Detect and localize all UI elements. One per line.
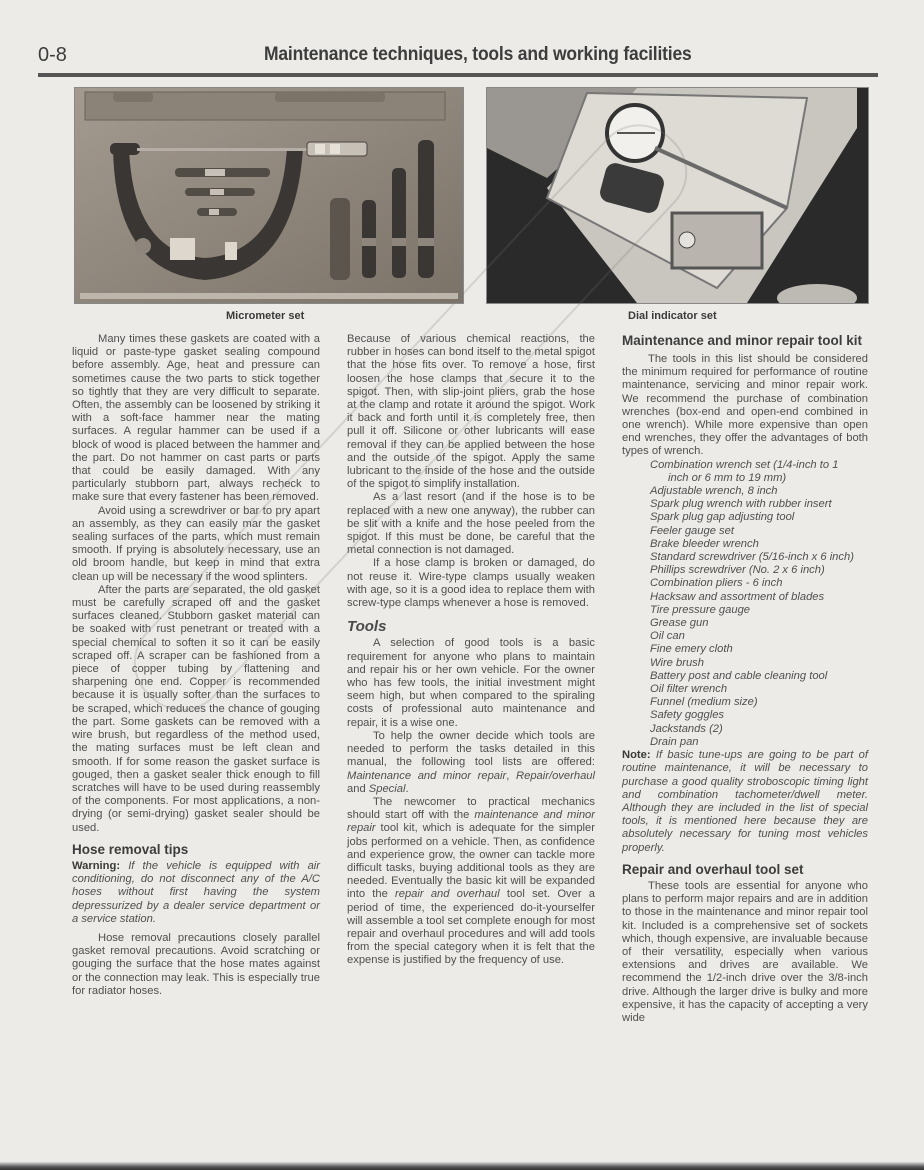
warning-label: Warning: <box>72 860 120 872</box>
paragraph: Hose removal precautions closely paralle… <box>72 932 320 998</box>
tool-list-item: Fine emery cloth <box>650 643 868 656</box>
tool-list-item: Hacksaw and assortment of blades <box>650 591 868 604</box>
text-run: . <box>405 783 408 795</box>
dial-indicator-set-photo <box>486 87 869 304</box>
tool-name-continued: inch or 6 mm to 19 mm) <box>650 472 868 485</box>
scan-edge-shadow <box>0 1162 924 1170</box>
italic-run: Maintenance and minor repair <box>347 770 506 782</box>
manual-page: 0-8 Maintenance techniques, tools and wo… <box>0 0 924 1170</box>
italic-run: repair and overhaul <box>395 888 500 900</box>
note-text: If basic tune-ups are going to be part o… <box>622 749 868 853</box>
text-run: To help the owner decide which tools are… <box>347 730 595 768</box>
tool-list-item: Drain pan <box>650 736 868 749</box>
tool-list-item: Feeler gauge set <box>650 525 868 538</box>
tool-list: Combination wrench set (1/4-inch to 1inc… <box>622 459 868 749</box>
text-run: and <box>347 783 369 795</box>
tool-list-item: Brake bleeder wrench <box>650 538 868 551</box>
paragraph: To help the owner decide which tools are… <box>347 730 595 796</box>
note-label: Note: <box>622 749 651 761</box>
paragraph: As a last resort (and if the hose is to … <box>347 491 595 557</box>
tool-list-item: Safety goggles <box>650 709 868 722</box>
heading-tools: Tools <box>347 620 595 633</box>
header-rule <box>38 73 878 77</box>
micrometer-set-photo <box>74 87 464 304</box>
paragraph: Many times these gaskets are coated with… <box>72 333 320 505</box>
italic-run: Special <box>369 783 406 795</box>
tool-list-item: Grease gun <box>650 617 868 630</box>
tool-list-item: Standard screwdriver (5/16-inch x 6 inch… <box>650 551 868 564</box>
italic-run: Repair/overhaul <box>516 770 595 782</box>
paragraph: If a hose clamp is broken or damaged, do… <box>347 557 595 610</box>
tool-list-item: Battery post and cable cleaning tool <box>650 670 868 683</box>
paragraph: These tools are essential for anyone who… <box>622 880 868 1025</box>
tool-list-item: Spark plug gap adjusting tool <box>650 511 868 524</box>
tool-name: Combination wrench set (1/4-inch to 1 <box>650 459 838 471</box>
tool-list-item: Wire brush <box>650 657 868 670</box>
note-paragraph: Note: If basic tune-ups are going to be … <box>622 749 868 855</box>
heading-hose-removal-tips: Hose removal tips <box>72 843 320 856</box>
text-column-1: Many times these gaskets are coated with… <box>72 333 320 998</box>
heading-maintenance-tool-kit: Maintenance and minor repair tool kit <box>622 333 868 349</box>
tool-list-item: Oil filter wrench <box>650 683 868 696</box>
heading-repair-overhaul-tool-set: Repair and overhaul tool set <box>622 863 868 876</box>
tool-list-item: Combination pliers - 6 inch <box>650 577 868 590</box>
warning-paragraph: Warning: If the vehicle is equipped with… <box>72 860 320 926</box>
figure-caption-micrometer: Micrometer set <box>226 310 304 322</box>
figure-caption-dial-indicator: Dial indicator set <box>628 310 717 322</box>
paragraph: A selection of good tools is a basic req… <box>347 637 595 729</box>
page-header: 0-8 Maintenance techniques, tools and wo… <box>38 44 878 74</box>
tool-list-item: Funnel (medium size) <box>650 696 868 709</box>
paragraph: The tools in this list should be conside… <box>622 353 868 459</box>
paragraph: Because of various chemical reactions, t… <box>347 333 595 491</box>
dial-indicator-illustration-icon <box>487 88 868 303</box>
paragraph: Avoid using a screwdriver or bar to pry … <box>72 505 320 584</box>
tool-list-item: Combination wrench set (1/4-inch to 1inc… <box>650 459 868 485</box>
tool-list-item: Spark plug wrench with rubber insert <box>650 498 868 511</box>
text-column-3: Maintenance and minor repair tool kit Th… <box>622 333 868 1025</box>
text-run: , <box>506 770 516 782</box>
micrometer-illustration-icon <box>75 88 463 303</box>
text-column-2: Because of various chemical reactions, t… <box>347 333 595 968</box>
tool-list-item: Tire pressure gauge <box>650 604 868 617</box>
tool-list-item: Adjustable wrench, 8 inch <box>650 485 868 498</box>
page-number: 0-8 <box>38 44 67 67</box>
paragraph: The newcomer to practical mechanics shou… <box>347 796 595 968</box>
paragraph: After the parts are separated, the old g… <box>72 584 320 835</box>
tool-list-item: Phillips screwdriver (No. 2 x 6 inch) <box>650 564 868 577</box>
tool-list-item: Jackstands (2) <box>650 723 868 736</box>
running-title: Maintenance techniques, tools and workin… <box>264 44 692 66</box>
tool-list-item: Oil can <box>650 630 868 643</box>
